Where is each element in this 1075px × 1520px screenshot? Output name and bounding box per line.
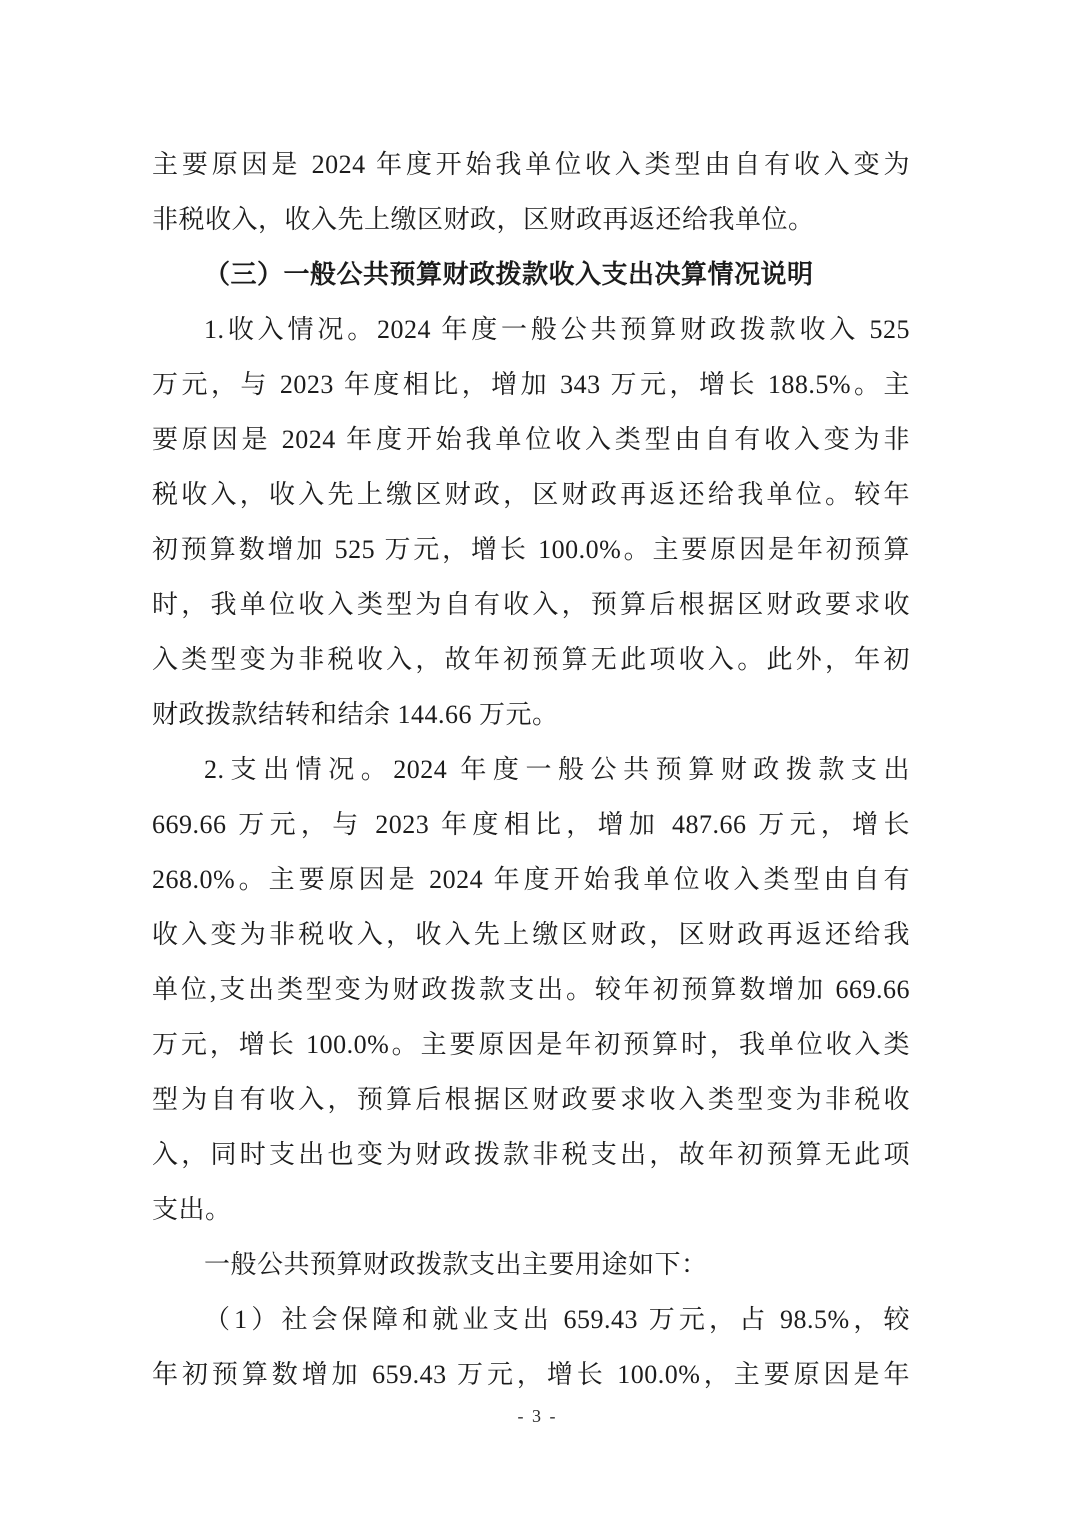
- text-line: 税收入，收入先上缴区财政，区财政再返还给我单位。较年: [152, 467, 910, 522]
- text-line: 年初预算数增加 659.43 万元，增长 100.0%，主要原因是年: [152, 1347, 910, 1402]
- section-heading: （三）一般公共预算财政拨款收入支出决算情况说明: [152, 247, 910, 302]
- text-line: 单位,支出类型变为财政拨款支出。较年初预算数增加 669.66: [152, 962, 910, 1017]
- document-page: 主要原因是 2024 年度开始我单位收入类型由自有收入变为 非税收入，收入先上缴…: [0, 0, 1075, 1520]
- text-line: 支出。: [152, 1182, 910, 1237]
- text-line: 收入变为非税收入，收入先上缴区财政，区财政再返还给我: [152, 907, 910, 962]
- text-line: 初预算数增加 525 万元，增长 100.0%。主要原因是年初预算: [152, 522, 910, 577]
- text-line: 669.66 万元，与 2023 年度相比，增加 487.66 万元，增长: [152, 797, 910, 852]
- text-line: 268.0%。主要原因是 2024 年度开始我单位收入类型由自有: [152, 852, 910, 907]
- text-line: 主要原因是 2024 年度开始我单位收入类型由自有收入变为: [152, 137, 910, 192]
- text-line: （1）社会保障和就业支出 659.43 万元，占 98.5%，较: [152, 1292, 910, 1347]
- text-line: 2.支出情况。2024 年度一般公共预算财政拨款支出: [152, 742, 910, 797]
- text-line: 万元，增长 100.0%。主要原因是年初预算时，我单位收入类: [152, 1017, 910, 1072]
- text-line: 1.收入情况。2024 年度一般公共预算财政拨款收入 525: [152, 302, 910, 357]
- text-line: 要原因是 2024 年度开始我单位收入类型由自有收入变为非: [152, 412, 910, 467]
- page-number: - 3 -: [0, 1406, 1075, 1427]
- document-body: 主要原因是 2024 年度开始我单位收入类型由自有收入变为 非税收入，收入先上缴…: [152, 137, 910, 1402]
- text-line: 时，我单位收入类型为自有收入，预算后根据区财政要求收: [152, 577, 910, 632]
- text-line: 型为自有收入，预算后根据区财政要求收入类型变为非税收: [152, 1072, 910, 1127]
- text-line: 万元，与 2023 年度相比，增加 343 万元，增长 188.5%。主: [152, 357, 910, 412]
- text-line: 非税收入，收入先上缴区财政，区财政再返还给我单位。: [152, 192, 910, 247]
- text-line: 入，同时支出也变为财政拨款非税支出，故年初预算无此项: [152, 1127, 910, 1182]
- text-line: 一般公共预算财政拨款支出主要用途如下：: [152, 1237, 910, 1292]
- text-line: 财政拨款结转和结余 144.66 万元。: [152, 687, 910, 742]
- text-line: 入类型变为非税收入，故年初预算无此项收入。此外，年初: [152, 632, 910, 687]
